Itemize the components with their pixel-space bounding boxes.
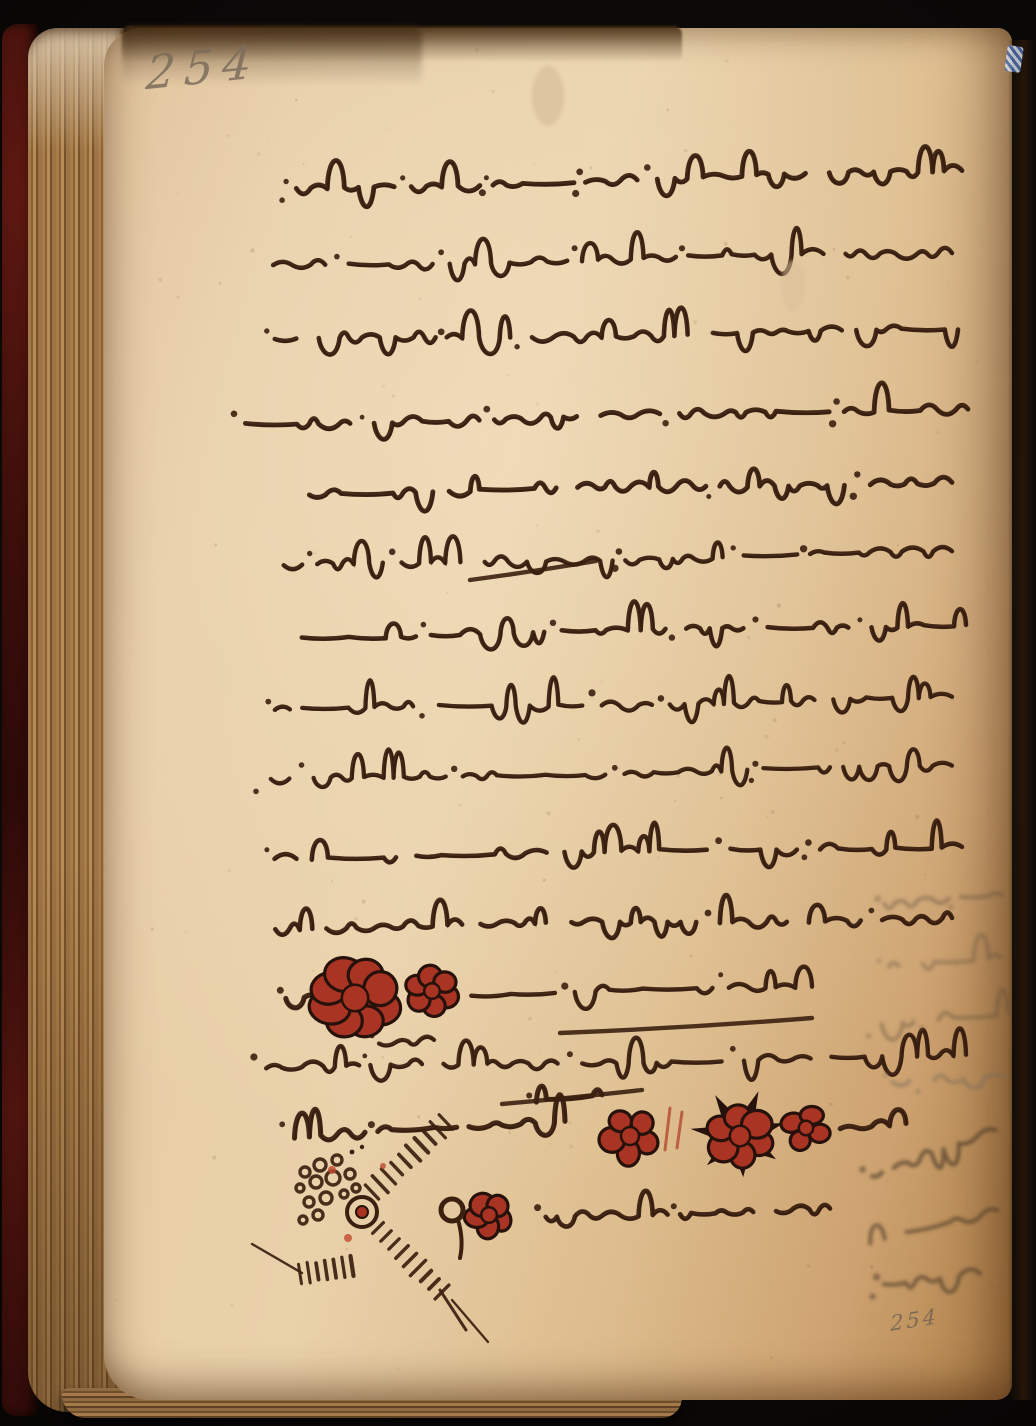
photo-background: 254 254 <box>0 0 1036 1426</box>
manuscript-page <box>104 28 1012 1400</box>
page-right-gutter-shadow <box>1008 40 1036 1400</box>
